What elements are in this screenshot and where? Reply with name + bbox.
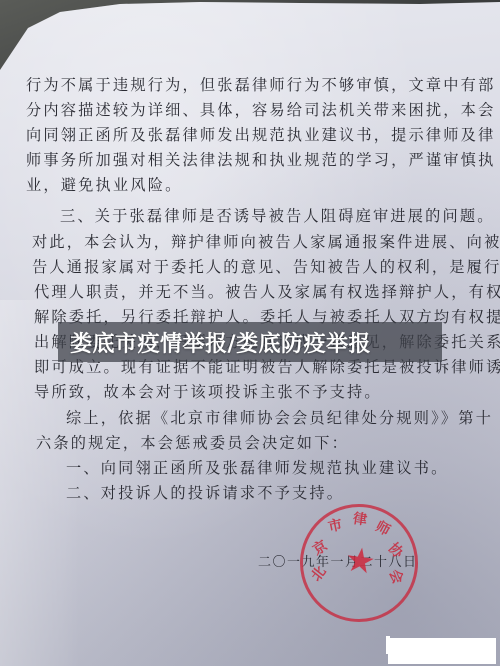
conclusion-line: 六条的规定，本会惩戒委员会决定如下： bbox=[36, 433, 349, 453]
decision-item: 二、对投诉人的投诉请求不予支持。 bbox=[66, 483, 344, 503]
paragraph-line: 行为不属于违规行为，但张磊律师行为不够审慎，文章中有部 bbox=[26, 75, 495, 95]
conclusion-line: 综上，依据《北京市律师协会会员纪律处分规则》》第十 bbox=[66, 408, 493, 428]
paragraph-line: 代理人职责，并无不当。被告人及家属有权选择辩护人，有权 bbox=[34, 282, 500, 302]
seal-char: 师 bbox=[372, 516, 394, 540]
seal-char: 协 bbox=[384, 538, 408, 562]
seal-char: 京 bbox=[309, 535, 331, 559]
seal-char: 会 bbox=[385, 566, 409, 586]
photo-scene: 行为不属于违规行为，但张磊律师行为不够审慎，文章中有部 分内容描述较为详细、具体… bbox=[0, 0, 500, 666]
overlay-banner: 娄底市疫情举报/娄底防疫举报 bbox=[58, 322, 442, 362]
seal-char: 律 bbox=[352, 508, 369, 530]
star-icon: ★ bbox=[341, 543, 379, 581]
seal-char: 北 bbox=[306, 562, 330, 585]
paragraph-line: 师事务所加强对相关法律法规和执业规范的学习，严谨审慎执 bbox=[26, 150, 495, 170]
overlay-title: 娄底市疫情举报/娄底防疫举报 bbox=[58, 327, 371, 358]
paragraph-line: 告人通报家属对于委托人的意见、告知被告人的权利，是履行 bbox=[32, 257, 500, 277]
paragraph-line: 导所致，故本会对于该项投诉主张不予支持。 bbox=[34, 382, 382, 402]
redaction-block bbox=[388, 638, 496, 664]
decision-item: 一、向同翎正函所及张磊律师发规范执业建议书。 bbox=[66, 458, 449, 478]
paragraph-line: 分内容描述较为详细、具体，容易给司法机关带来困扰，本会 bbox=[26, 100, 495, 120]
seal-char: 市 bbox=[326, 514, 344, 536]
section-heading: 三、关于张磊律师是否诱导被告人阻碍庭审进展的问题。 bbox=[60, 206, 495, 226]
paragraph-line: 向同翎正函所及张磊律师发出规范执业建议书，提示律师及律 bbox=[26, 125, 495, 145]
paragraph-line: 对此，本会认为，辩护律师向被告人家属通报案件进展、向被 bbox=[32, 232, 500, 252]
paragraph-line: 业，避免执业风险。 bbox=[26, 175, 183, 195]
